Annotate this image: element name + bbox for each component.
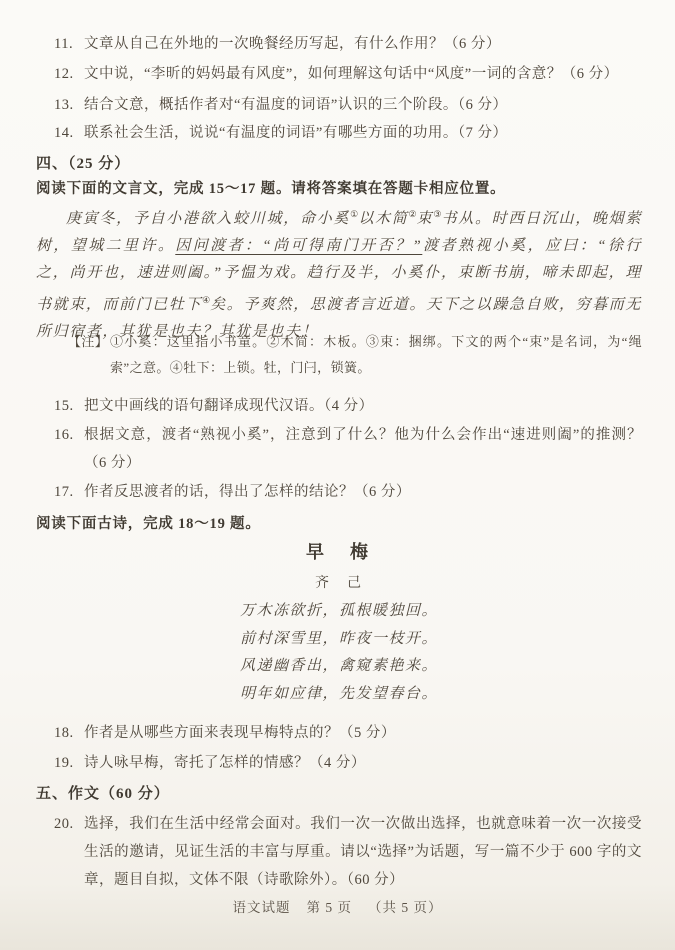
question-number: 17.	[36, 478, 84, 506]
question-text: 联系社会生活，说说“有温度的词语”有哪些方面的功用。（7 分）	[84, 119, 642, 147]
poem-title: 早 梅	[36, 538, 642, 564]
poem-line: 万木冻欲折，孤根暖独回。	[36, 598, 642, 626]
question-text: 选择，我们在生活中经常会面对。我们一次一次做出选择，也就意味着一次一次接受生活的…	[84, 810, 642, 894]
question-16: 16. 根据文意，渡者“熟视小奚”，注意到了什么？他为什么会作出“速进则阖”的推…	[36, 421, 642, 477]
question-14: 14. 联系社会生活，说说“有温度的词语”有哪些方面的功用。（7 分）	[36, 119, 642, 147]
section-four-instruction: 阅读下面的文言文，完成 15～17 题。请将答案填在答题卡相应位置。	[36, 177, 642, 201]
page-footer: 语文试题第 5 页（共 5 页）	[0, 896, 675, 916]
note-label: 【注】	[68, 329, 110, 381]
passage-segment: 束	[417, 211, 434, 227]
question-text: 根据文意，渡者“熟视小奚”，注意到了什么？他为什么会作出“速进则阖”的推测？（6…	[84, 421, 642, 477]
question-17: 17. 作者反思渡者的话，得出了怎样的结论？（6 分）	[36, 478, 642, 506]
question-18: 18. 作者是从哪些方面来表现早梅特点的？（5 分）	[36, 719, 642, 747]
question-number: 11.	[36, 30, 84, 58]
footnote-marker-4: ④	[202, 295, 210, 305]
poem-author: 齐 己	[36, 572, 642, 592]
passage-segment: 以木简	[358, 211, 408, 227]
footnote-marker-2: ②	[408, 209, 416, 219]
passage-segment: 庚寅冬，予自小港欲入蛟川城，命小奚	[66, 211, 350, 227]
question-number: 12.	[36, 60, 84, 88]
section-five-heading: 五、作文（60 分）	[36, 782, 642, 806]
footnote-marker-3: ③	[433, 209, 441, 219]
footer-page-number: 第 5 页	[307, 900, 353, 915]
question-number: 13.	[36, 91, 84, 119]
poem-line: 风递幽香出，禽窥素艳来。	[36, 653, 642, 681]
question-text: 诗人咏早梅，寄托了怎样的情感？（4 分）	[84, 749, 642, 777]
question-number: 19.	[36, 749, 84, 777]
question-number: 16.	[36, 421, 84, 477]
footer-total-pages: （共 5 页）	[368, 900, 443, 915]
passage-note: 【注】 ①小奚：这里指小书童。②木简：木板。③束：捆绑。下文的两个“束”是名词，…	[36, 329, 642, 381]
question-20: 20. 选择，我们在生活中经常会面对。我们一次一次做出选择，也就意味着一次一次接…	[36, 810, 642, 894]
question-text: 文章从自己在外地的一次晚餐经历写起，有什么作用？（6 分）	[84, 30, 642, 58]
question-number: 18.	[36, 719, 84, 747]
section-four-heading: 四、（25 分）	[36, 152, 642, 176]
poem-instruction: 阅读下面古诗，完成 18～19 题。	[36, 512, 642, 536]
question-text: 结合文意，概括作者对“有温度的词语”认识的三个阶段。（6 分）	[84, 91, 642, 119]
question-19: 19. 诗人咏早梅，寄托了怎样的情感？（4 分）	[36, 749, 642, 777]
question-13: 13. 结合文意，概括作者对“有温度的词语”认识的三个阶段。（6 分）	[36, 91, 642, 119]
question-12: 12. 文中说，“李昕的妈妈最有风度”，如何理解这句话中“风度”一词的含意？（6…	[36, 60, 642, 88]
underlined-phrase: 因问渡者：“尚可得南门开否？”	[175, 238, 422, 254]
classical-passage: 庚寅冬，予自小港欲入蛟川城，命小奚①以木简②束③书从。时西日沉山，晚烟萦树，望城…	[36, 201, 642, 346]
note-text: ①小奚：这里指小书童。②木简：木板。③束：捆绑。下文的两个“束”是名词，为“绳索…	[110, 329, 642, 381]
question-text: 作者是从哪些方面来表现早梅特点的？（5 分）	[84, 719, 642, 747]
poem-body: 万木冻欲折，孤根暖独回。 前村深雪里，昨夜一枝开。 风递幽香出，禽窥素艳来。 明…	[36, 598, 642, 708]
exam-page: 11. 文章从自己在外地的一次晚餐经历写起，有什么作用？（6 分） 12. 文中…	[0, 0, 675, 950]
question-text: 作者反思渡者的话，得出了怎样的结论？（6 分）	[84, 478, 642, 506]
question-15: 15. 把文中画线的语句翻译成现代汉语。（4 分）	[36, 392, 642, 420]
question-number: 20.	[36, 810, 84, 894]
question-number: 14.	[36, 119, 84, 147]
question-text: 文中说，“李昕的妈妈最有风度”，如何理解这句话中“风度”一词的含意？（6 分）	[84, 60, 642, 88]
question-11: 11. 文章从自己在外地的一次晚餐经历写起，有什么作用？（6 分）	[36, 30, 642, 58]
question-text: 把文中画线的语句翻译成现代汉语。（4 分）	[84, 392, 642, 420]
poem-line: 前村深雪里，昨夜一枝开。	[36, 626, 642, 654]
question-number: 15.	[36, 392, 84, 420]
footer-doc-title: 语文试题	[233, 900, 291, 915]
poem-line: 明年如应律，先发望春台。	[36, 681, 642, 709]
